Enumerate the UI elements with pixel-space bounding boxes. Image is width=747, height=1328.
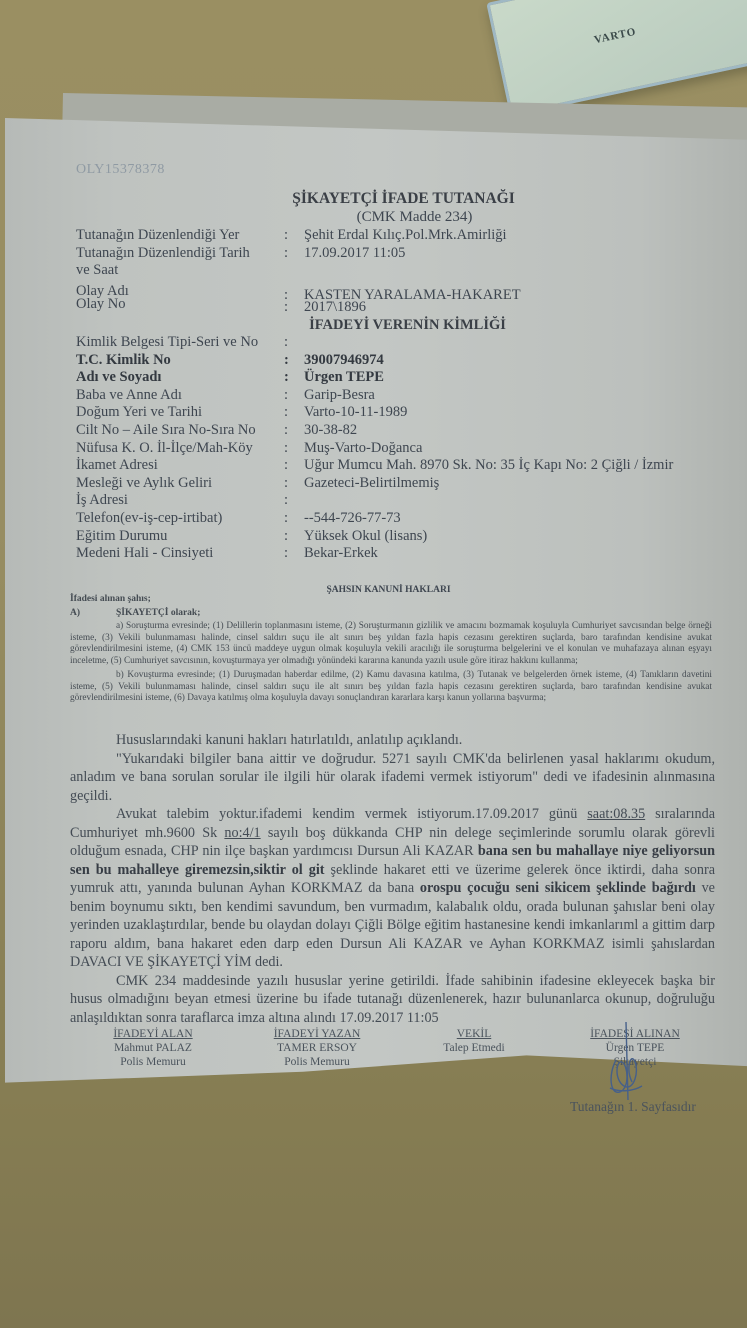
- rights-intro: İfadesi alınan şahıs;: [70, 594, 712, 606]
- field-colon: :: [284, 387, 304, 404]
- field-colon: :: [284, 369, 304, 386]
- field-value: Varto-10-11-1989: [304, 404, 407, 420]
- signature-block-taker: İFADEYİ ALAN Mahmut PALAZ Polis Memuru: [88, 1027, 218, 1069]
- field-colon: :: [284, 352, 304, 369]
- section-title: ŞİKAYETÇİ olarak;: [116, 608, 200, 618]
- field-colon: :: [284, 475, 304, 492]
- field-colon: :: [284, 334, 304, 351]
- field-row: Eğitim Durumu:Yüksek Okul (lisans): [76, 528, 427, 545]
- document-subtitle: (CMK Madde 234): [0, 209, 747, 226]
- statement-p1: Hususlarındaki kanuni hakları hatırlatıl…: [70, 731, 715, 750]
- field-row: İş Adresi:: [76, 492, 304, 509]
- field-label: Medeni Hali - Cinsiyeti: [76, 545, 284, 562]
- signature-role: Polis Memuru: [88, 1055, 218, 1069]
- field-colon: :: [284, 545, 304, 562]
- field-value: --544-726-77-73: [304, 510, 401, 526]
- field-label: Kimlik Belgesi Tipi-Seri ve No: [76, 334, 284, 351]
- field-colon: :: [284, 299, 304, 316]
- field-value: 2017\1896: [304, 299, 366, 315]
- rights-block: İfadesi alınan şahıs; A)ŞİKAYETÇİ olarak…: [70, 594, 712, 705]
- field-value: Yüksek Okul (lisans): [304, 528, 427, 544]
- field-label: Tutanağın Düzenlendiği Yer: [76, 227, 284, 244]
- field-value: Gazeteci-Belirtilmemiş: [304, 475, 439, 491]
- rights-paragraph-b: b) Kovuşturma evresinde; (1) Duruşmadan …: [70, 670, 712, 705]
- statement-fragment: orospu çocuğu seni sikicem şeklinde bağı…: [420, 880, 696, 896]
- field-colon: :: [284, 404, 304, 421]
- field-label: İkamet Adresi: [76, 457, 284, 474]
- field-label: ve Saat: [76, 262, 284, 279]
- rights-section-a: A)ŞİKAYETÇİ olarak;: [70, 608, 712, 620]
- field-label: T.C. Kimlik No: [76, 352, 284, 369]
- field-colon: :: [284, 245, 304, 262]
- field-row: Telefon(ev-iş-cep-irtibat):--544-726-77-…: [76, 510, 401, 527]
- signature-heading: İFADEYİ ALAN: [88, 1027, 218, 1041]
- document-title: ŞİKAYETÇİ İFADE TUTANAĞI: [0, 190, 747, 208]
- field-colon: :: [284, 440, 304, 457]
- field-value: Bekar-Erkek: [304, 545, 378, 561]
- field-row: Kimlik Belgesi Tipi-Seri ve No:: [76, 334, 304, 351]
- field-label: Cilt No – Aile Sıra No-Sıra No: [76, 422, 284, 439]
- field-label: Mesleği ve Aylık Geliri: [76, 475, 284, 492]
- signature-name: Mahmut PALAZ: [88, 1041, 218, 1055]
- signature-block-writer: İFADEYİ YAZAN TAMER ERSOY Polis Memuru: [252, 1027, 382, 1069]
- field-row: Tutanağın Düzenlendiği Yer:Şehit Erdal K…: [76, 227, 507, 244]
- document-number: OLY15378378: [76, 162, 165, 178]
- signature-heading: İFADEYİ YAZAN: [252, 1027, 382, 1041]
- field-label: Nüfusa K. O. İl-İlçe/Mah-Köy: [76, 440, 284, 457]
- field-value: Muş-Varto-Doğanca: [304, 440, 422, 456]
- field-value: 30-38-82: [304, 422, 357, 438]
- background-id-card: VARTO: [486, 0, 747, 117]
- field-row: Baba ve Anne Adı:Garip-Besra: [76, 387, 375, 404]
- field-value: 39007946974: [304, 352, 384, 368]
- field-row: Adı ve Soyadı:Ürgen TEPE: [76, 369, 384, 386]
- signature-name: Talep Etmedi: [409, 1041, 539, 1055]
- field-colon: :: [284, 492, 304, 509]
- field-row: T.C. Kimlik No:39007946974: [76, 352, 384, 369]
- page-note: Tutanağın 1. Sayfasıdır: [570, 1099, 696, 1115]
- field-label: Eğitim Durumu: [76, 528, 284, 545]
- field-label: İş Adresi: [76, 492, 284, 509]
- statement-fragment: Avukat talebim yoktur.ifademi kendim ver…: [116, 806, 587, 822]
- field-label: Telefon(ev-iş-cep-irtibat): [76, 510, 284, 527]
- handwritten-signature-icon: [598, 1020, 648, 1105]
- rights-paragraph-a: a) Soruşturma evresinde; (1) Delillerin …: [70, 621, 712, 667]
- field-row: Tutanağın Düzenlendiği Tarih:17.09.2017 …: [76, 245, 405, 262]
- field-row: İkamet Adresi:Uğur Mumcu Mah. 8970 Sk. N…: [76, 457, 673, 474]
- field-label: Adı ve Soyadı: [76, 369, 284, 386]
- signature-name: TAMER ERSOY: [252, 1041, 382, 1055]
- signature-block-lawyer: VEKİL Talep Etmedi: [409, 1027, 539, 1055]
- field-row: Doğum Yeri ve Tarihi:Varto-10-11-1989: [76, 404, 407, 421]
- field-value: Garip-Besra: [304, 387, 375, 403]
- field-value: 17.09.2017 11:05: [304, 245, 405, 261]
- field-row: Cilt No – Aile Sıra No-Sıra No:30-38-82: [76, 422, 357, 439]
- field-label: Tutanağın Düzenlendiği Tarih: [76, 245, 284, 262]
- field-colon: :: [284, 227, 304, 244]
- field-row: Mesleği ve Aylık Geliri:Gazeteci-Belirti…: [76, 475, 439, 492]
- field-label: Olay No: [76, 296, 284, 313]
- field-row: Olay No:2017\1896: [76, 296, 366, 313]
- statement-fragment: no:4/1: [224, 825, 260, 841]
- statement-p3: Avukat talebim yoktur.ifademi kendim ver…: [70, 805, 715, 972]
- statement-body: Hususlarındaki kanuni hakları hatırlatıl…: [70, 731, 715, 1027]
- field-colon: :: [284, 422, 304, 439]
- field-row: Medeni Hali - Cinsiyeti:Bekar-Erkek: [76, 545, 378, 562]
- field-colon: :: [284, 457, 304, 474]
- field-label: Baba ve Anne Adı: [76, 387, 284, 404]
- field-label: Doğum Yeri ve Tarihi: [76, 404, 284, 421]
- statement-p2: "Yukarıdaki bilgiler bana aittir ve doğr…: [70, 750, 715, 806]
- field-value: Uğur Mumcu Mah. 8970 Sk. No: 35 İç Kapı …: [304, 457, 673, 473]
- statement-fragment: saat:08.35: [587, 806, 645, 822]
- signature-role: Polis Memuru: [252, 1055, 382, 1069]
- field-value: Şehit Erdal Kılıç.Pol.Mrk.Amirliği: [304, 227, 507, 243]
- card-text: VARTO: [593, 26, 637, 47]
- field-row: ve Saat: [76, 262, 304, 279]
- signature-heading: VEKİL: [409, 1027, 539, 1041]
- identity-heading: İFADEYİ VERENİN KİMLİĞİ: [0, 317, 747, 334]
- field-colon: :: [284, 510, 304, 527]
- field-value: Ürgen TEPE: [304, 369, 384, 385]
- field-row: Nüfusa K. O. İl-İlçe/Mah-Köy:Muş-Varto-D…: [76, 440, 422, 457]
- section-letter: A): [70, 608, 116, 620]
- field-colon: :: [284, 528, 304, 545]
- statement-p4: CMK 234 maddesinde yazılı hususlar yerin…: [70, 972, 715, 1028]
